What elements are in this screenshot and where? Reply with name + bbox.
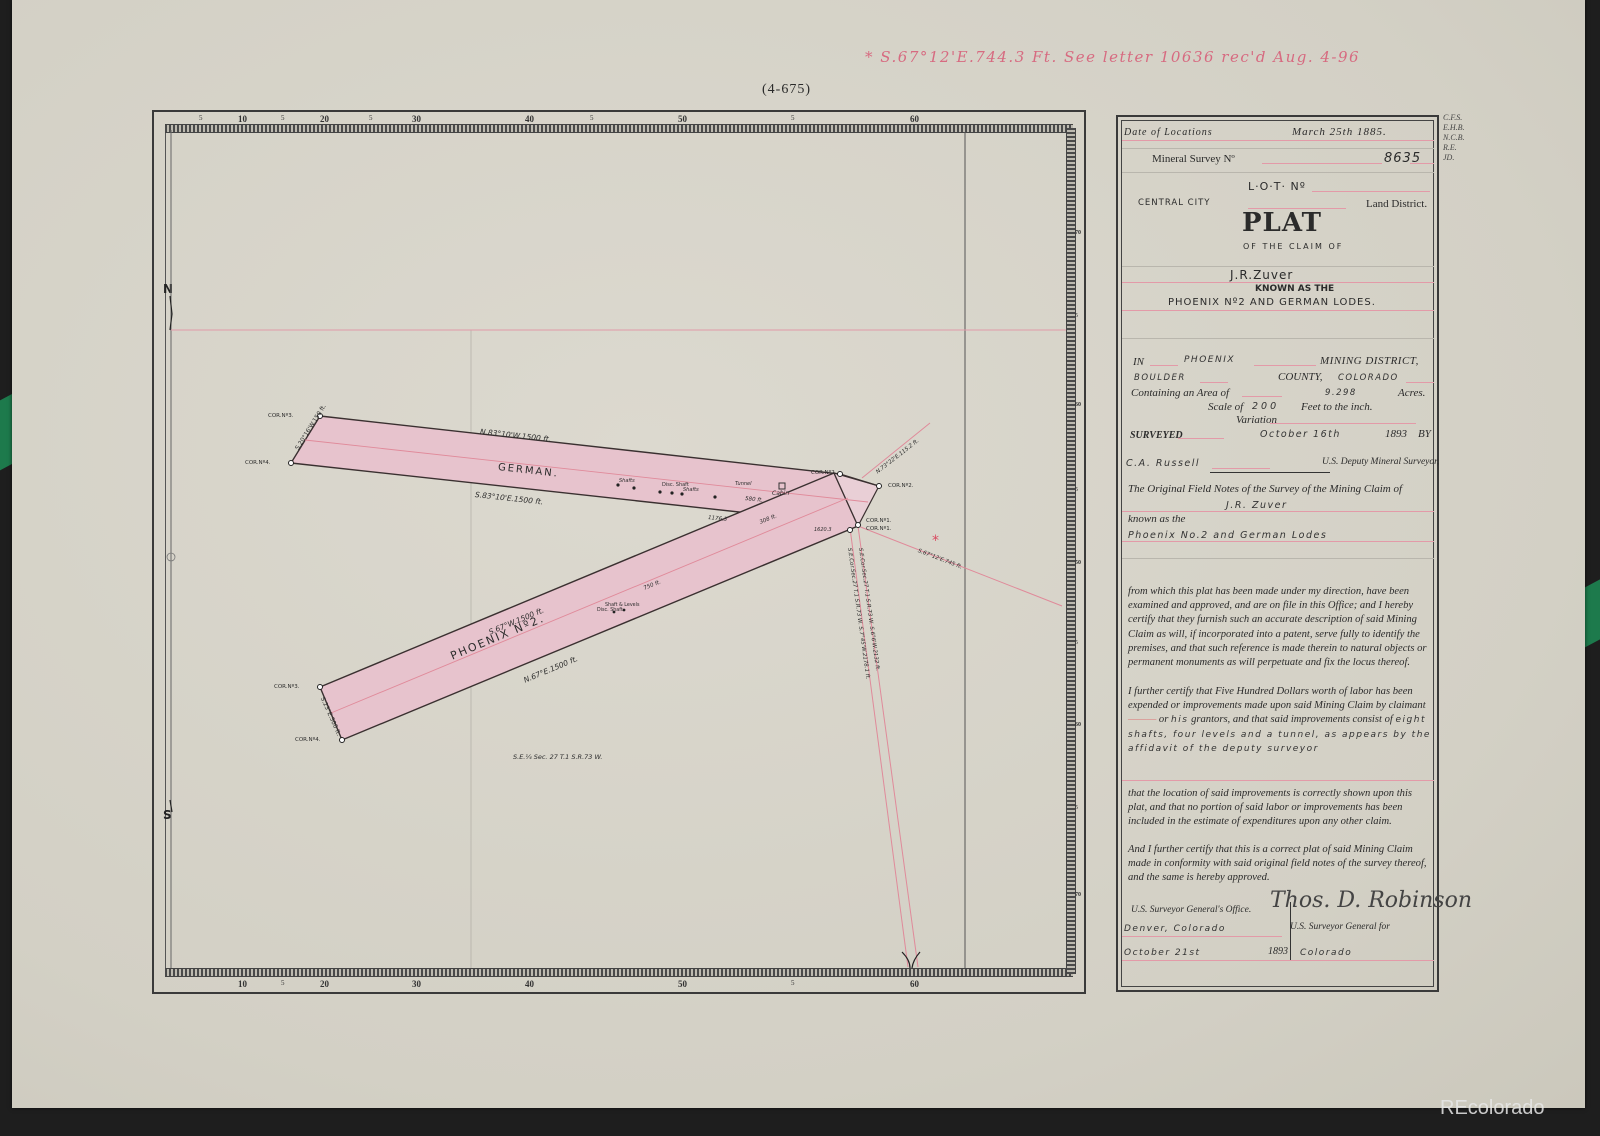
surveyed-year: 1893 — [1385, 428, 1407, 440]
improvement-label: Cabin — [772, 490, 789, 497]
office-label: U.S. Surveyor General's Office. — [1131, 905, 1251, 915]
certification-paragraph-4: And I further certify that this is a cor… — [1128, 843, 1432, 886]
certification-paragraph-1: from which this plat has been made under… — [1128, 585, 1432, 670]
certification-paragraph-3: that the location of said improvements i… — [1128, 787, 1432, 830]
improvement-label: Tunnel — [735, 481, 752, 487]
corner-label: COR.Nº4. — [245, 460, 271, 466]
surveyor-general-state: Colorado — [1300, 948, 1352, 958]
date-of-location-label: Date of Locations — [1124, 127, 1213, 138]
surveyor-title: U.S. Deputy Mineral Surveyor, — [1322, 457, 1439, 467]
surveyor-name: C.A. Russell — [1126, 458, 1200, 469]
scale-value: 200 — [1252, 401, 1279, 412]
corner-label: COR.Nº3. — [268, 413, 294, 419]
variation-label: Variation — [1236, 414, 1277, 426]
scale-unit: Feet to the inch. — [1301, 401, 1372, 413]
state-value: COLORADO — [1338, 373, 1399, 383]
surveyor-general-title: U.S. Surveyor General for — [1290, 922, 1390, 932]
improvement-label: Shafts — [619, 478, 635, 484]
mining-district-value: PHOENIX — [1184, 355, 1235, 365]
scale-label: Scale of — [1208, 401, 1243, 413]
county-label: COUNTY, — [1278, 371, 1323, 383]
known-as-label: KNOWN AS THE — [1255, 284, 1334, 294]
improvement-label: Disc. Shaft — [597, 608, 623, 613]
corner-label: COR.Nº2. — [888, 483, 914, 489]
office-city: Denver, Colorado — [1124, 924, 1226, 934]
land-district-label: Land District. — [1366, 198, 1427, 210]
area-label: Containing an Area of — [1131, 387, 1229, 399]
corner-label: COR.Nº4. — [295, 737, 321, 743]
reviewer-initial: E.H.B. — [1443, 123, 1465, 133]
corner-label: COR.Nº3. — [274, 684, 300, 690]
plat-subtitle: OF THE CLAIM OF — [1243, 242, 1343, 251]
in-label: IN — [1133, 356, 1144, 368]
claimant-name: J.R.Zuver — [1230, 268, 1293, 282]
field-notes-lodes: Phoenix No.2 and German Lodes — [1128, 530, 1327, 541]
area-unit: Acres. — [1398, 387, 1425, 399]
reviewer-initials: C.F.S.E.H.B.N.C.B.R.E.JD. — [1443, 113, 1465, 163]
improvement-label: Disc. Shaft — [662, 482, 689, 488]
reviewer-initial: R.E. — [1443, 143, 1465, 153]
corner-label: COR.Nº1. — [866, 526, 892, 532]
field-notes-intro: The Original Field Notes of the Survey o… — [1128, 483, 1402, 495]
distance-label: 1620.3 — [814, 527, 832, 533]
by-label: BY — [1418, 428, 1431, 440]
plat-title: PLAT — [1242, 208, 1322, 238]
area-value: 9.298 — [1325, 388, 1357, 398]
mining-district-label: MINING DISTRICT, — [1320, 355, 1419, 367]
surveyed-date: October 16th — [1260, 429, 1341, 440]
phoenix-claim-polygon — [320, 473, 858, 740]
reviewer-initial: C.F.S. — [1443, 113, 1465, 123]
reviewer-initial: JD. — [1443, 153, 1465, 163]
reviewer-initial: N.C.B. — [1443, 133, 1465, 143]
section-note: S.E.¼ Sec. 27 T.1 S.R.73 W. — [513, 753, 602, 761]
svg-text:*: * — [932, 533, 939, 549]
date-of-location-value: March 25th 1885. — [1292, 126, 1387, 138]
county-value: BOULDER — [1134, 373, 1186, 383]
known-as-the-label: known as the — [1128, 513, 1185, 525]
surveyor-general-signature: Thos. D. Robinson — [1270, 888, 1472, 913]
land-district-value: CENTRAL CITY — [1138, 198, 1211, 208]
mineral-survey-label: Mineral Survey Nº — [1152, 153, 1235, 165]
surveyed-label: SURVEYED — [1130, 430, 1183, 441]
recolorado-watermark: REcolorado — [1440, 1097, 1545, 1120]
lot-number-label: L·O·T· Nº — [1248, 180, 1306, 193]
approval-year: 1893 — [1268, 946, 1288, 957]
approval-date: October 21st — [1124, 948, 1201, 958]
lode-names: PHOENIX Nº2 AND GERMAN LODES. — [1168, 297, 1376, 308]
certification-paragraph-2: I further certify that Five Hundred Doll… — [1128, 685, 1432, 756]
corner-label: COR.Nº2. — [811, 470, 837, 476]
corner-label: COR.Nº1. — [866, 518, 892, 524]
field-notes-claimant: J.R. Zuver — [1226, 500, 1287, 511]
